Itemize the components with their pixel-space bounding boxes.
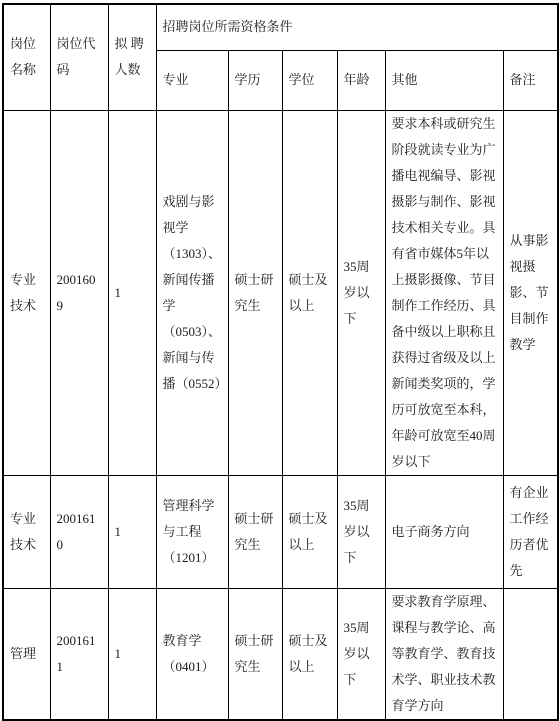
col-header-qualifications-title: 招聘岗位所需资格条件 (156, 4, 558, 50)
cell-major: 管理科学与工程（1201） (156, 475, 228, 588)
col-header-major: 专业 (156, 50, 228, 110)
cell-degree: 硕士及以上 (282, 475, 337, 588)
col-header-position-code: 岗位代码 (50, 4, 108, 110)
cell-remark (503, 588, 558, 720)
col-header-remark: 备注 (503, 50, 558, 110)
cell-other: 电子商务方向 (385, 475, 503, 588)
col-header-position-name: 岗位名称 (3, 4, 50, 110)
cell-remark: 从事影视摄影、节目制作教学 (503, 110, 558, 475)
col-header-degree: 学位 (282, 50, 337, 110)
cell-remark: 有企业工作经历者优先 (503, 475, 558, 588)
cell-major: 教育学（0401） (156, 588, 228, 720)
table-row: 管理 2001611 1 教育学（0401） 硕士研究生 硕士及以上 35周岁以… (3, 588, 558, 720)
cell-education: 硕士研究生 (228, 475, 282, 588)
header-row-top: 岗位名称 岗位代码 拟 聘人数 招聘岗位所需资格条件 (3, 4, 558, 50)
cell-position-name: 专业技术 (3, 475, 50, 588)
table-row: 专业技术 2001609 1 戏剧与影视学（1303）、新闻传播学（0503）、… (3, 110, 558, 475)
col-header-other: 其他 (385, 50, 503, 110)
cell-position-name: 管理 (3, 588, 50, 720)
cell-other: 要求教育学原理、课程与教学论、高等教育学、教育技术学、职业技术教育学方向 (385, 588, 503, 720)
table-row: 专业技术 2001610 1 管理科学与工程（1201） 硕士研究生 硕士及以上… (3, 475, 558, 588)
col-header-education: 学历 (228, 50, 282, 110)
cell-position-code: 2001609 (50, 110, 108, 475)
recruitment-table: 岗位名称 岗位代码 拟 聘人数 招聘岗位所需资格条件 专业 学历 学位 年龄 其… (2, 3, 559, 721)
cell-other: 要求本科或研究生阶段就读专业为广播电视编导、影视摄影与制作、影视技术相关专业。具… (385, 110, 503, 475)
col-header-age: 年龄 (337, 50, 385, 110)
cell-position-code: 2001611 (50, 588, 108, 720)
cell-age: 35周岁以下 (337, 588, 385, 720)
cell-headcount: 1 (108, 475, 156, 588)
cell-headcount: 1 (108, 110, 156, 475)
cell-position-name: 专业技术 (3, 110, 50, 475)
cell-age: 35周岁以下 (337, 475, 385, 588)
cell-age: 35周岁以下 (337, 110, 385, 475)
cell-degree: 硕士及以上 (282, 110, 337, 475)
document-page: 岗位名称 岗位代码 拟 聘人数 招聘岗位所需资格条件 专业 学历 学位 年龄 其… (0, 0, 560, 719)
cell-education: 硕士研究生 (228, 588, 282, 720)
cell-degree: 硕士及以上 (282, 588, 337, 720)
cell-headcount: 1 (108, 588, 156, 720)
cell-education: 硕士研究生 (228, 110, 282, 475)
cell-position-code: 2001610 (50, 475, 108, 588)
col-header-headcount: 拟 聘人数 (108, 4, 156, 110)
cell-major: 戏剧与影视学（1303）、新闻传播学（0503）、新闻与传播（0552） (156, 110, 228, 475)
